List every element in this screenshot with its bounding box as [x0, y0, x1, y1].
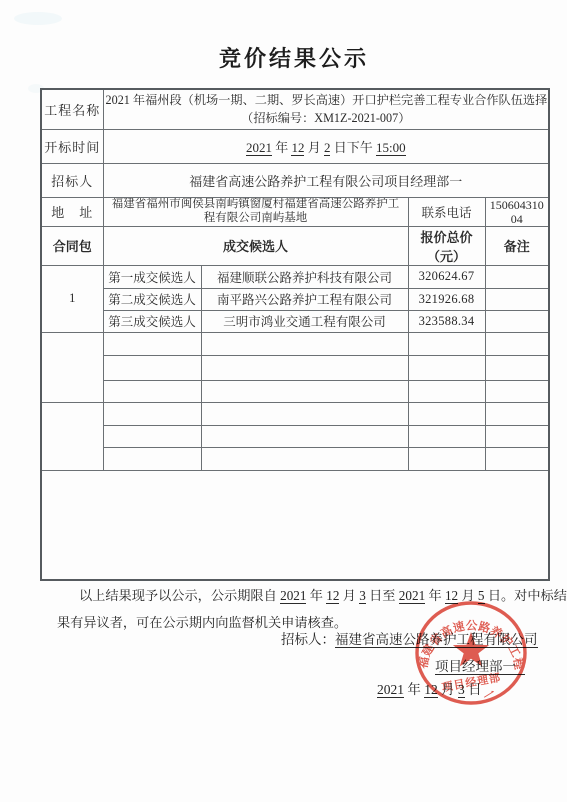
candidate-remark: [485, 288, 549, 310]
empty-cell: [408, 355, 485, 380]
bid-time-clock: 15:00: [376, 140, 406, 156]
notice-from-year: 2021: [280, 588, 306, 604]
address-line2: 程有限公司南屿基地: [106, 212, 406, 226]
bid-time-month: 12: [291, 140, 304, 156]
table-row-bid-time: 开标时间 2021 年 12 月 2 日下午 15:00: [41, 129, 549, 163]
document-page: 竞价结果公示 工程名称 2021 年福州段（机场一期、二期、罗长高速）开口护栏完…: [0, 0, 567, 802]
candidate-company: 三明市鸿业交通工程有限公司: [201, 310, 408, 332]
candidate-rank: 第一成交候选人: [103, 265, 201, 288]
bid-time-year: 2021: [246, 140, 272, 156]
signature-date-month: 12: [424, 682, 438, 698]
empty-cell: [485, 332, 549, 355]
table-row-project: 工程名称 2021 年福州段（机场一期、二期、罗长高速）开口护栏完善工程专业合作…: [41, 89, 549, 129]
candidate-price: 321926.68: [408, 288, 485, 310]
empty-cell: [201, 380, 408, 402]
notice-to-year: 2021: [399, 588, 425, 604]
empty-cell: [485, 355, 549, 380]
signature-date-sep: 月: [438, 682, 458, 697]
signature-date-day: 3: [458, 682, 465, 698]
empty-cell: [201, 402, 408, 425]
empty-cell: [485, 402, 549, 425]
empty-cell: [201, 425, 408, 447]
bid-time-label: 开标时间: [41, 129, 103, 163]
notice-from-day: 3: [359, 588, 366, 604]
empty-cell: [408, 332, 485, 355]
empty-cell: [408, 425, 485, 447]
signature-tenderer-label: 招标人：: [281, 632, 335, 647]
candidate-rank: 第二成交候选人: [103, 288, 201, 310]
empty-cell: [201, 447, 408, 470]
header-candidate: 成交候选人: [103, 226, 408, 265]
empty-bottom-row: [41, 470, 549, 580]
bid-time-sep: 日下午: [330, 140, 376, 155]
empty-row: [41, 355, 549, 380]
signature-company-name: 福建省高速公路养护工程有限公司: [335, 632, 538, 648]
signature-date-year: 2021: [377, 682, 404, 698]
phone-value: 15060431004: [485, 197, 549, 226]
empty-cell: [103, 402, 201, 425]
project-name-line1: 2021 年福州段（机场一期、二期、罗长高速）开口护栏完善工程专业合作队伍选择: [106, 91, 547, 109]
empty-cell: [103, 380, 201, 402]
signature-dept-name: 项目经理部一: [435, 659, 525, 675]
empty-cell: [103, 332, 201, 355]
bid-time-sep: 年: [272, 140, 292, 155]
notice-text: 日至: [366, 588, 399, 603]
empty-row: [41, 380, 549, 402]
table-header-row: 合同包 成交候选人 报价总价 （元） 备注: [41, 226, 549, 265]
notice-to-day: 5: [478, 588, 485, 604]
page-title: 竞价结果公示: [40, 42, 548, 73]
bid-result-table: 工程名称 2021 年福州段（机场一期、二期、罗长高速）开口护栏完善工程专业合作…: [40, 88, 550, 581]
table-row-candidate-1: 1 第一成交候选人 福建顺联公路养护科技有限公司 320624.67: [41, 265, 549, 288]
notice-from-month: 12: [326, 588, 339, 604]
package-no: 1: [41, 265, 103, 332]
tenderer-label: 招标人: [41, 163, 103, 197]
signature-date-sep: 日: [465, 682, 482, 697]
bid-time-sep: 月: [304, 140, 324, 155]
table-row-tenderer: 招标人 福建省高速公路养护工程有限公司项目经理部一: [41, 163, 549, 197]
header-price-line1: 报价总价: [411, 227, 483, 246]
empty-row: [41, 447, 549, 470]
notice-text: 年: [425, 588, 445, 603]
empty-row: [41, 402, 549, 425]
signature-date-line: 2021 年 12 月 3 日: [377, 678, 482, 698]
empty-row: [41, 332, 549, 355]
header-price-line2: （元）: [411, 246, 483, 265]
table-row-candidate-2: 第二成交候选人 南平路兴公路养护工程有限公司 321926.68: [41, 288, 549, 310]
empty-cell: [103, 447, 201, 470]
header-package: 合同包: [41, 226, 103, 265]
candidate-rank: 第三成交候选人: [103, 310, 201, 332]
empty-cell: [485, 425, 549, 447]
empty-cell: [485, 447, 549, 470]
table-row-candidate-3: 第三成交候选人 三明市鸿业交通工程有限公司 323588.34: [41, 310, 549, 332]
header-remark: 备注: [485, 226, 549, 265]
candidate-remark: [485, 265, 549, 288]
address-label: 地 址: [41, 197, 103, 226]
candidate-remark: [485, 310, 549, 332]
project-name-cell: 2021 年福州段（机场一期、二期、罗长高速）开口护栏完善工程专业合作队伍选择 …: [103, 89, 549, 129]
notice-text: 月: [458, 588, 478, 603]
empty-cell: [201, 355, 408, 380]
table-row-address: 地 址 福建省福州市闽侯县南屿镇窗厦村福建省高速公路养护工 程有限公司南屿基地 …: [41, 197, 549, 226]
address-line1: 福建省福州市闽侯县南屿镇窗厦村福建省高速公路养护工: [106, 198, 406, 212]
header-price: 报价总价 （元）: [408, 226, 485, 265]
empty-cell: [201, 332, 408, 355]
empty-cell: [103, 355, 201, 380]
notice-text: 日。对中标结: [485, 588, 567, 603]
seal-bottom-text: 一: [481, 686, 499, 704]
notice-text: 以上结果现予以公示，公示期限自: [79, 588, 280, 603]
empty-cell: [408, 380, 485, 402]
notice-text: 年: [306, 588, 326, 603]
empty-row: [41, 425, 549, 447]
empty-cell: [103, 425, 201, 447]
project-name-label: 工程名称: [41, 89, 103, 129]
candidate-price: 323588.34: [408, 310, 485, 332]
address-value: 福建省福州市闽侯县南屿镇窗厦村福建省高速公路养护工 程有限公司南屿基地: [103, 197, 408, 226]
signature-dept-line: 项目经理部一: [435, 655, 525, 675]
bid-time-value: 2021 年 12 月 2 日下午 15:00: [103, 129, 549, 163]
candidate-company: 福建顺联公路养护科技有限公司: [201, 265, 408, 288]
signature-tenderer-line: 招标人：福建省高速公路养护工程有限公司: [281, 628, 538, 648]
project-tender-no: （招标编号：XM1Z-2021-007）: [106, 109, 547, 127]
tenderer-value: 福建省高速公路养护工程有限公司项目经理部一: [103, 163, 549, 197]
empty-package-cell: [41, 402, 103, 470]
empty-cell: [408, 402, 485, 425]
empty-cell: [408, 447, 485, 470]
candidate-company: 南平路兴公路养护工程有限公司: [201, 288, 408, 310]
scan-smudge: [14, 12, 62, 25]
empty-cell: [485, 380, 549, 402]
candidate-price: 320624.67: [408, 265, 485, 288]
empty-package-cell: [41, 332, 103, 402]
notice-line1: 以上结果现予以公示，公示期限自 2021 年 12 月 3 日至 2021 年 …: [57, 582, 527, 609]
notice-to-month: 12: [445, 588, 458, 604]
empty-large-cell: [41, 470, 549, 580]
signature-date-sep: 年: [404, 682, 424, 697]
notice-text: 月: [339, 588, 359, 603]
phone-label: 联系电话: [408, 197, 485, 226]
